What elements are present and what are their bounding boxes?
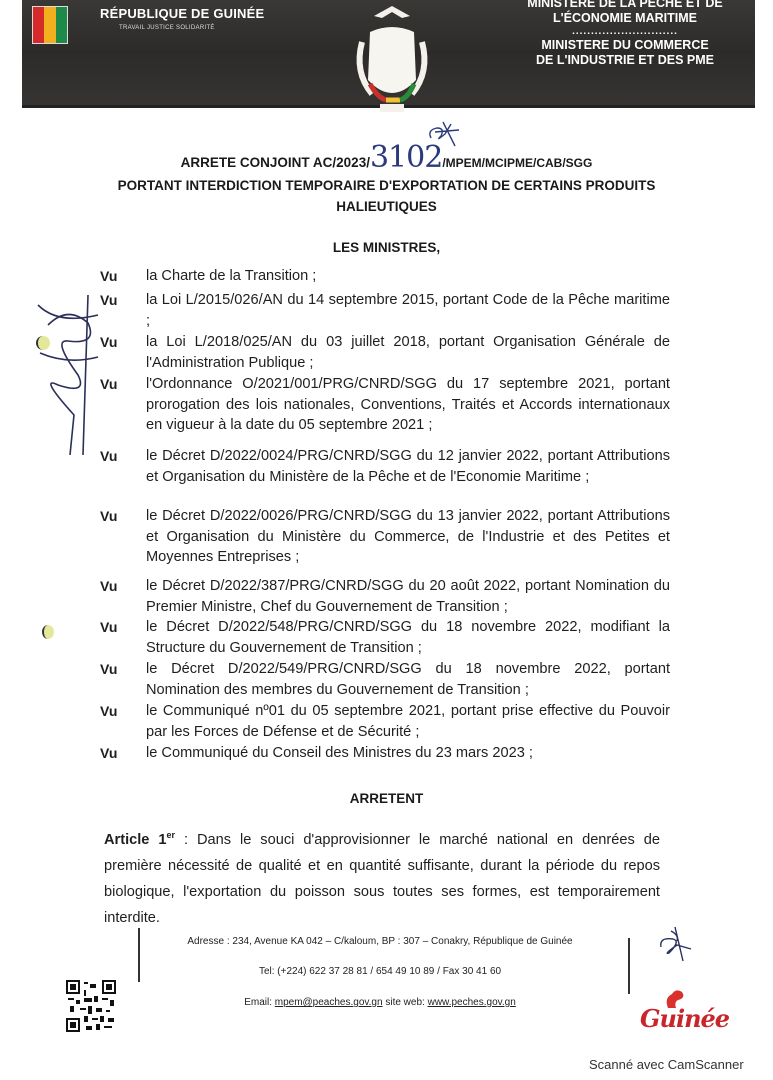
vu-text: le Décret D/2022/549/PRG/CNRD/SGG du 18 … [146, 659, 670, 700]
article-1: Article 1er : Dans le souci d'approvisio… [104, 822, 660, 931]
ministry-separator: ............................ [510, 26, 740, 38]
minister-signature-icon [28, 265, 108, 455]
vu-item: Vule Communiqué nº01 du 05 septembre 202… [100, 701, 670, 742]
footer-signature-icon [655, 925, 695, 965]
footer-address: Adresse : 234, Avenue KA 042 – C/kaloum,… [130, 936, 630, 947]
initials-signature-icon [425, 120, 465, 148]
website-link[interactable]: www.peches.gov.gn [428, 997, 516, 1008]
vu-label: Vu [100, 446, 117, 467]
coat-of-arms-icon [340, 2, 444, 114]
vu-item: Vule Décret D/2022/0026/PRG/CNRD/SGG du … [100, 506, 670, 568]
reference-prefix: ARRETE CONJOINT AC/2023/ [181, 155, 370, 170]
vu-text: la Charte de la Transition ; [146, 266, 670, 287]
ministries-block: MINISTERE DE LA PECHE ET DE L'ÉCONOMIE M… [510, 0, 740, 68]
article-1-label: Article 1er [104, 832, 175, 848]
vu-label: Vu [100, 701, 117, 722]
footer-phone: Tel: (+224) 622 37 28 81 / 654 49 10 89 … [130, 966, 630, 977]
vu-text: l'Ordonnance O/2021/001/PRG/CNRD/SGG du … [146, 374, 670, 436]
vu-item: Vule Décret D/2022/549/PRG/CNRD/SGG du 1… [100, 659, 670, 700]
vu-item: Vul'Ordonnance O/2021/001/PRG/CNRD/SGG d… [100, 374, 670, 436]
stamp-mark [36, 336, 50, 350]
vu-text: le Décret D/2022/548/PRG/CNRD/SGG du 18 … [146, 617, 670, 658]
stamp-mark [42, 625, 54, 639]
guinea-flag-icon [32, 6, 68, 44]
vu-text: le Décret D/2022/0024/PRG/CNRD/SGG du 12… [146, 446, 670, 487]
guinee-logo-text: Guinée [640, 1004, 729, 1033]
republic-motto: TRAVAIL JUSTICE SOLIDARITÉ [119, 25, 215, 31]
email-link[interactable]: mpem@peaches.gov.gn [275, 997, 383, 1008]
ministers-heading: LES MINISTRES, [0, 240, 773, 255]
letterhead-banner: RÉPUBLIQUE DE GUINÉE TRAVAIL JUSTICE SOL… [22, 0, 755, 108]
republic-title: RÉPUBLIQUE DE GUINÉE [100, 6, 264, 21]
vu-text: le Décret D/2022/0026/PRG/CNRD/SGG du 13… [146, 506, 670, 568]
vu-label: Vu [100, 266, 117, 287]
vu-item: Vula Loi L/2015/026/AN du 14 septembre 2… [100, 290, 670, 331]
vu-label: Vu [100, 617, 117, 638]
decree-reference: ARRETE CONJOINT AC/2023/3102/MPEM/MCIPME… [0, 140, 773, 175]
vu-text: le Décret D/2022/387/PRG/CNRD/SGG du 20 … [146, 576, 670, 617]
vu-text: le Communiqué du Conseil des Ministres d… [146, 743, 670, 764]
vu-item: Vule Décret D/2022/548/PRG/CNRD/SGG du 1… [100, 617, 670, 658]
decree-subject-line2: HALIEUTIQUES [0, 199, 773, 214]
vu-label: Vu [100, 374, 117, 395]
vu-label: Vu [100, 290, 117, 311]
arretent-heading: ARRETENT [0, 791, 773, 806]
vu-item: Vula Loi L/2018/025/AN du 03 juillet 201… [100, 332, 670, 373]
vu-text: la Loi L/2018/025/AN du 03 juillet 2018,… [146, 332, 670, 373]
ministry-fisheries-line2: L'ÉCONOMIE MARITIME [510, 11, 740, 26]
ministry-commerce-line1: MINISTERE DU COMMERCE [510, 38, 740, 53]
footer-contact: Email: mpem@peaches.gov.gn site web: www… [130, 997, 630, 1008]
vu-item: Vule Décret D/2022/0024/PRG/CNRD/SGG du … [100, 446, 670, 487]
vu-label: Vu [100, 506, 117, 527]
qr-code-icon [66, 980, 116, 1032]
vu-text: la Loi L/2015/026/AN du 14 septembre 201… [146, 290, 670, 331]
ministry-fisheries-line1: MINISTERE DE LA PECHE ET DE [510, 0, 740, 11]
vu-label: Vu [100, 743, 117, 764]
reference-suffix: /MPEM/MCIPME/CAB/SGG [442, 156, 592, 170]
vu-item: Vula Charte de la Transition ; [100, 266, 670, 287]
vu-item: Vule Décret D/2022/387/PRG/CNRD/SGG du 2… [100, 576, 670, 617]
decree-subject-line1: PORTANT INTERDICTION TEMPORAIRE D'EXPORT… [0, 178, 773, 193]
guinee-brand-logo: Guinée [640, 988, 740, 1036]
vu-label: Vu [100, 332, 117, 353]
ministry-commerce-line2: DE L'INDUSTRIE ET DES PME [510, 53, 740, 68]
vu-label: Vu [100, 659, 117, 680]
scanner-watermark: Scanné avec CamScanner [589, 1057, 744, 1072]
vu-text: le Communiqué nº01 du 05 septembre 2021,… [146, 701, 670, 742]
vu-label: Vu [100, 576, 117, 597]
vu-item: Vule Communiqué du Conseil des Ministres… [100, 743, 670, 764]
article-1-text: : Dans le souci d'approvisionner le marc… [104, 832, 660, 926]
